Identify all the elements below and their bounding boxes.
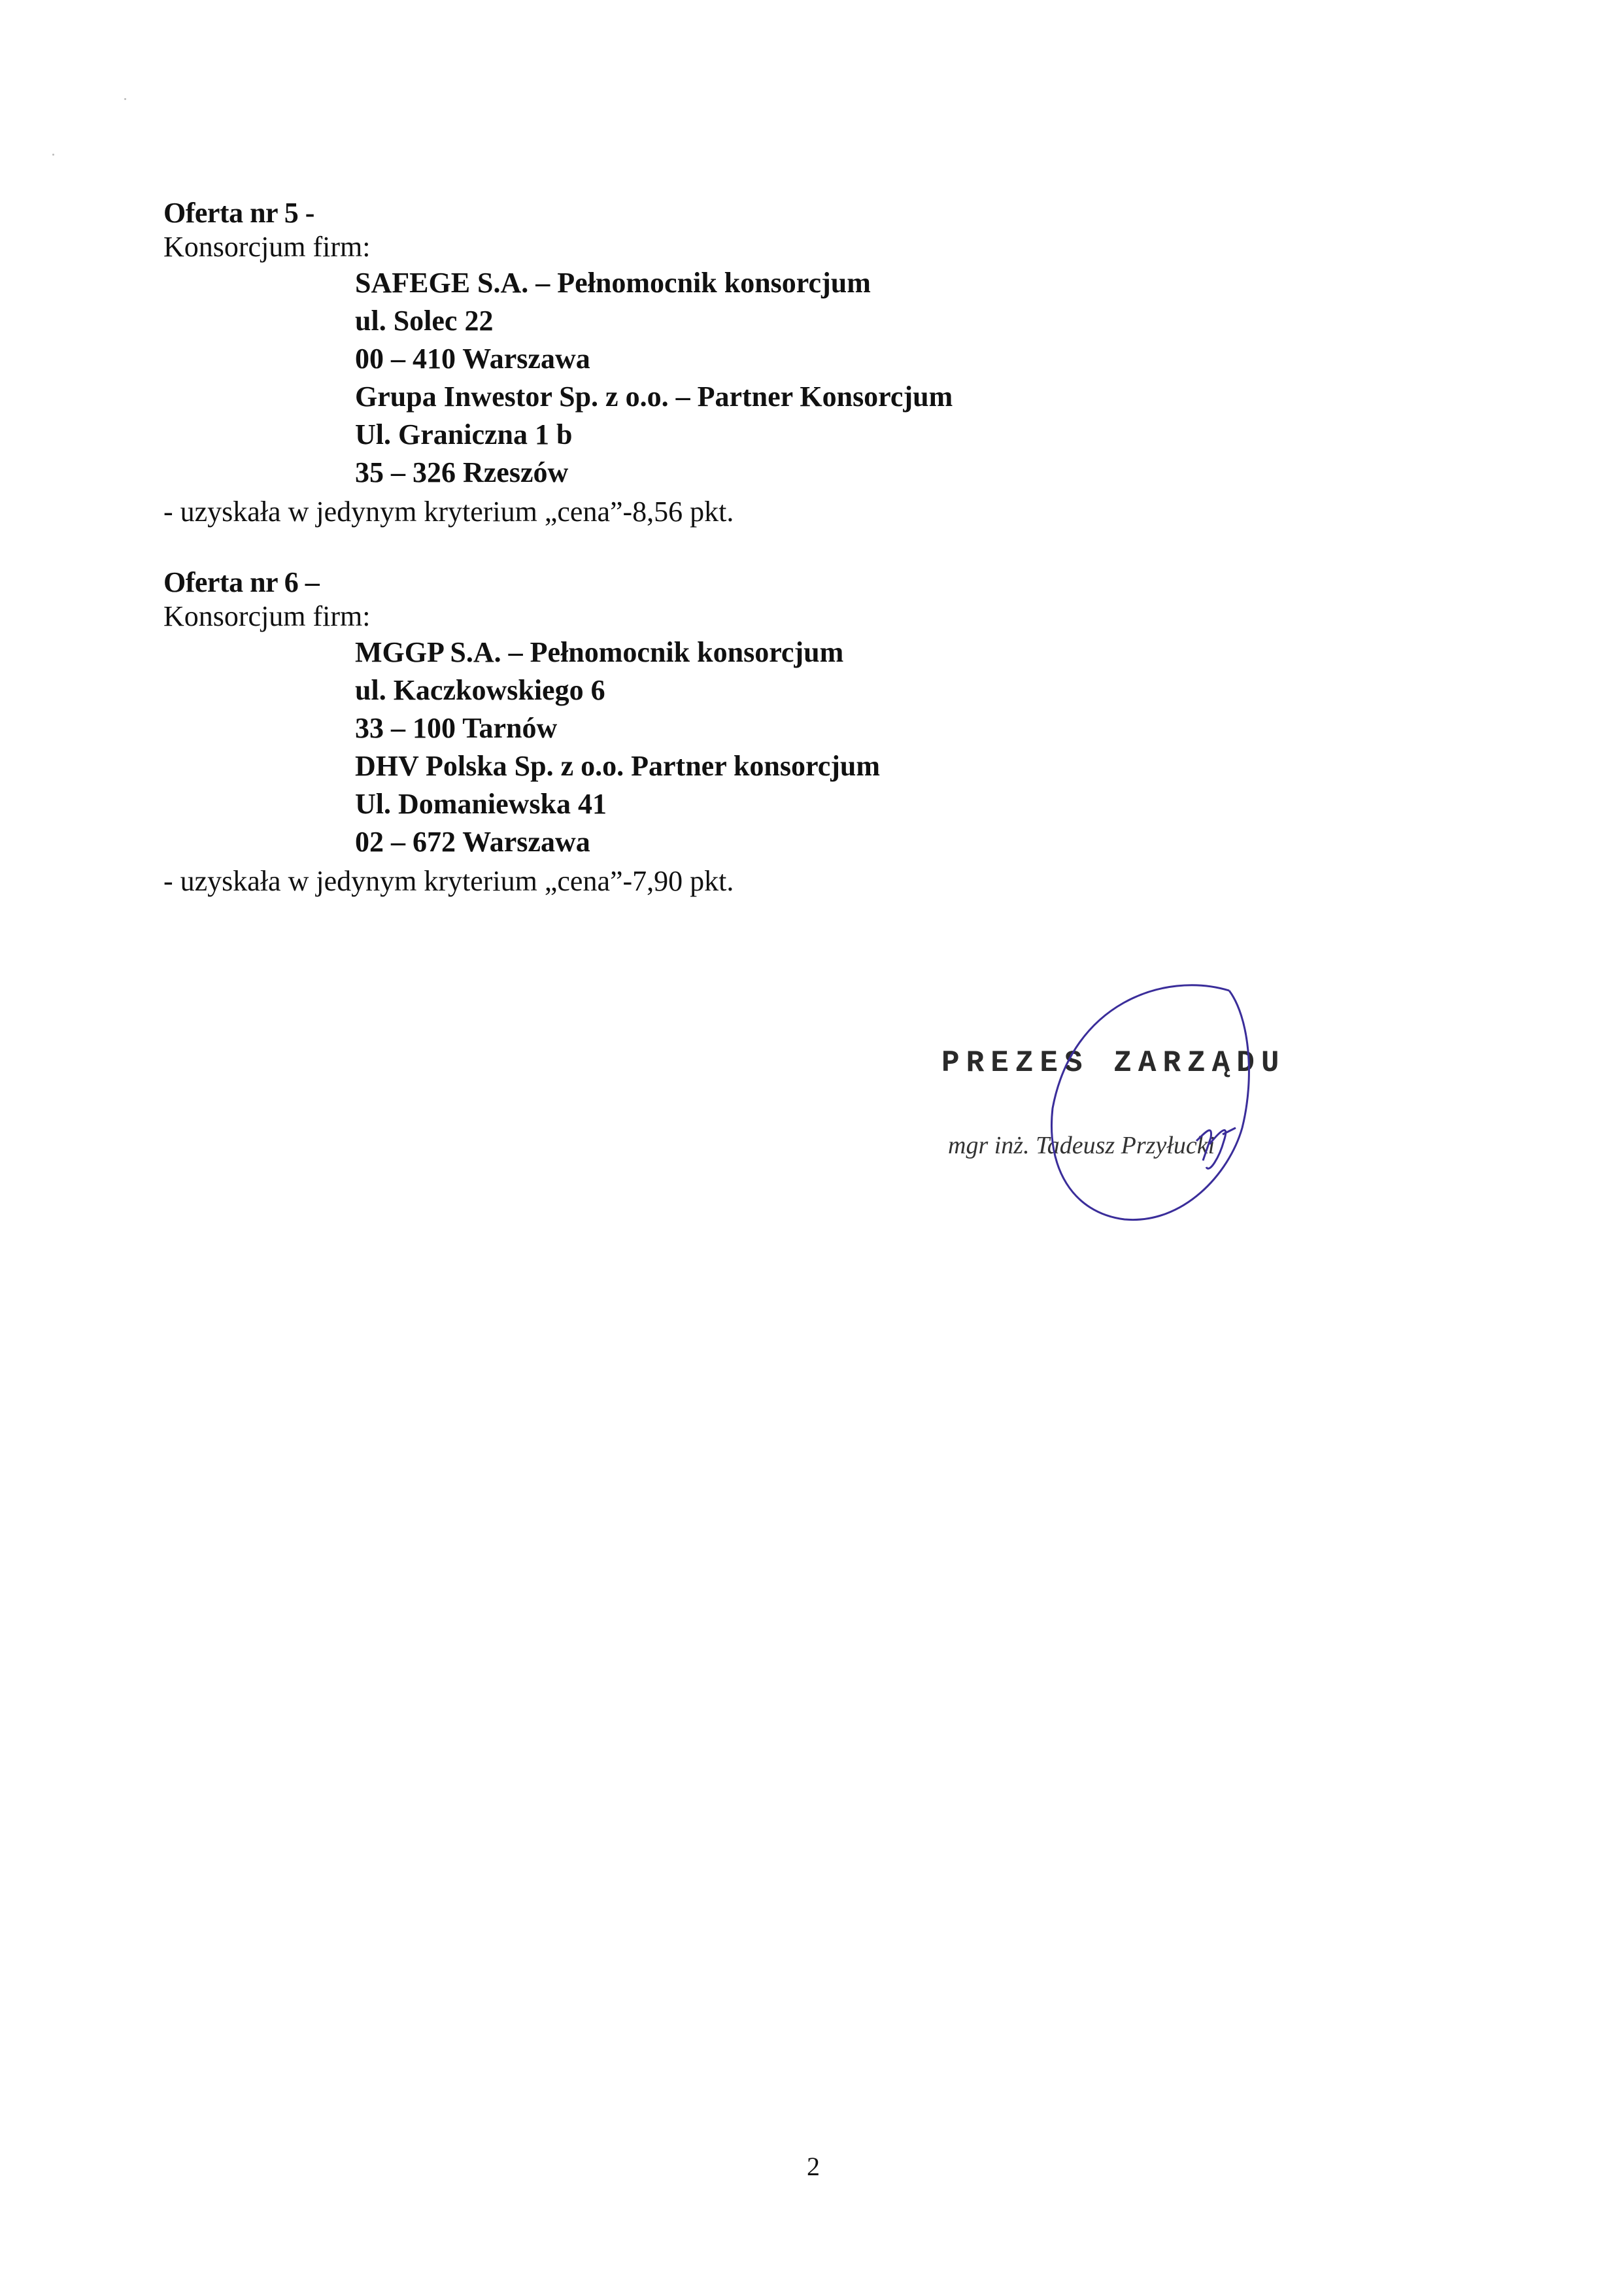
- offer-score: - uzyskała w jedynym kryterium „cena”-7,…: [163, 862, 880, 900]
- offer-heading: Oferta nr 5 -: [163, 196, 953, 230]
- address-line: Grupa Inwestor Sp. z o.o. – Partner Kons…: [355, 378, 953, 416]
- address-line: MGGP S.A. – Pełnomocnik konsorcjum: [355, 634, 880, 671]
- scan-speck: [52, 154, 54, 156]
- address-line: Ul. Graniczna 1 b: [355, 416, 953, 454]
- address-line: SAFEGE S.A. – Pełnomocnik konsorcjum: [355, 264, 953, 302]
- address-line: 00 – 410 Warszawa: [355, 340, 953, 378]
- offer-6-section: Oferta nr 6 – Konsorcjum firm: MGGP S.A.…: [163, 566, 880, 900]
- page-number: 2: [807, 2151, 820, 2182]
- offer-heading: Oferta nr 6 –: [163, 566, 880, 600]
- address-line: DHV Polska Sp. z o.o. Partner konsorcjum: [355, 747, 880, 785]
- offer-5-section: Oferta nr 5 - Konsorcjum firm: SAFEGE S.…: [163, 196, 953, 531]
- address-line: Ul. Domaniewska 41: [355, 785, 880, 823]
- address-line: ul. Solec 22: [355, 302, 953, 340]
- offer-intro: Konsorcjum firm:: [163, 600, 880, 634]
- address-line: 35 – 326 Rzeszów: [355, 454, 953, 492]
- offer-intro: Konsorcjum firm:: [163, 230, 953, 264]
- document-page: Oferta nr 5 - Konsorcjum firm: SAFEGE S.…: [0, 0, 1624, 2291]
- offer-score: - uzyskała w jedynym kryterium „cena”-8,…: [163, 493, 953, 531]
- address-line: ul. Kaczkowskiego 6: [355, 671, 880, 709]
- address-line: 02 – 672 Warszawa: [355, 823, 880, 861]
- handwritten-signature-icon: [1033, 977, 1268, 1226]
- address-line: 33 – 100 Tarnów: [355, 709, 880, 747]
- scan-speck: [124, 98, 126, 100]
